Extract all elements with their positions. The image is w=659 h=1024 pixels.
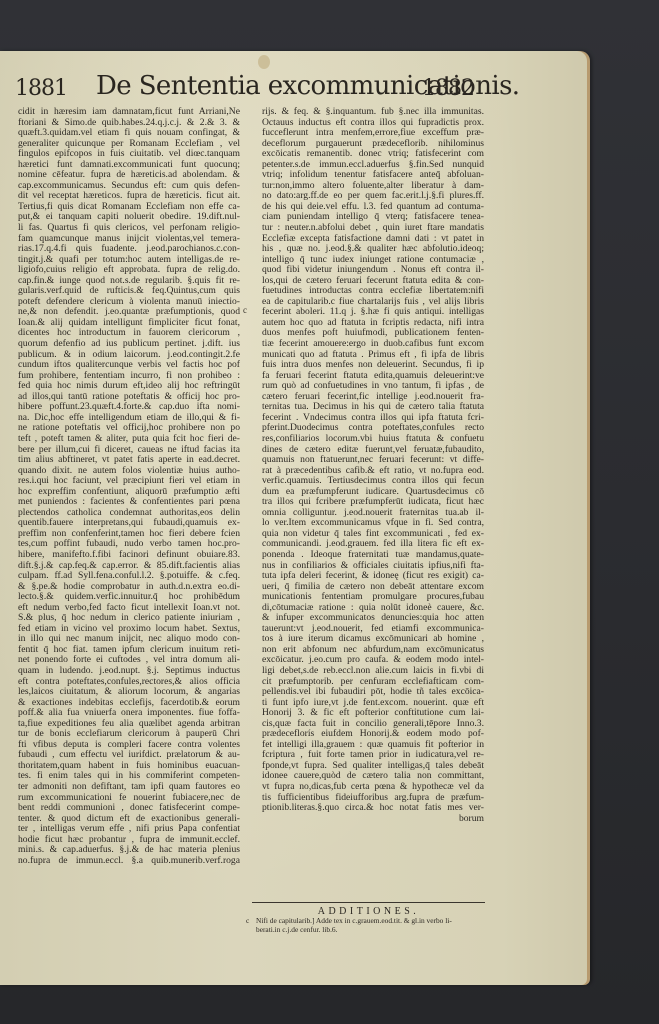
text-line: ponenda . Ideoque fraternitati tuæ manda… [262, 550, 484, 561]
text-line: petenter.s.de immun.eccl.aduerfus §.fin.… [262, 160, 484, 171]
folio-number-left: 1881 [15, 76, 67, 101]
text-line: di,cōtumaciæ ratione : quia nolūt idoneè… [262, 603, 484, 614]
text-line: Tertius,fi quis dicat Romanam Ecclefiam … [18, 202, 240, 213]
text-line-catchword: borum [262, 814, 484, 825]
text-line: nomine cēfeatur. fupra de hæreticis.ad a… [18, 170, 240, 181]
text-line: fum prohibere, fententiam incurro, fi no… [18, 371, 240, 382]
text-line: ti funt ipfo iure,vt j.de fent.excom. no… [262, 698, 484, 709]
text-line: ter , intelligas verum effe , nifi prius… [18, 824, 240, 835]
text-line: tes,cum poffint fubaudi, nudo verbo tame… [18, 539, 240, 550]
footnote-line-1: Nifi de capitularib.] Adde tex in c.grau… [256, 916, 452, 925]
text-line: verfic.quamuis. Tertiusdecimus contra il… [262, 476, 484, 487]
text-line: bent reddi communioni , donec fatisfecer… [18, 803, 240, 814]
text-line: hæretici funt damnati.excommunicati funt… [18, 160, 240, 171]
text-line: fed quia hoc nimis durum eft,ideo alij h… [18, 381, 240, 392]
paper-stain [258, 55, 270, 69]
right-text-column: rijs. & feq. & §.inquantum. fub §.nec il… [262, 107, 484, 824]
text-line: poff.& alia fua vniuerfa onera imponente… [18, 708, 240, 719]
text-line: quamuis non ftatuerunt,nec feruari fecer… [262, 455, 484, 466]
text-line: mini.s. & cap.aduerfus. §.j.& de hac mat… [18, 845, 240, 856]
marginal-note-mark: c [243, 305, 247, 315]
text-line: lo ver.Item excommunicamus vfque in fi. … [262, 518, 484, 529]
text-line: quam in ludendo. j.eod.nupt. §.j. Septim… [18, 666, 240, 677]
text-line: cidit in hæresim iam damnatam,ficut funt… [18, 107, 240, 118]
text-line: excōicatur. j.eo.cum pro caufa. & eodem … [262, 655, 484, 666]
text-line: pellendis.vel ibi fubaudiri pōt, hodie t… [262, 687, 484, 698]
text-line: hodie ficut hæc probantur , fupra de imm… [18, 835, 240, 846]
text-line: thoritatem,quam habent in fuis hominibus… [18, 761, 240, 772]
text-line: ne,& non defendit. j.eo.quantæ præfumpti… [18, 307, 240, 318]
text-line: & infuper excommunicatos denuncies:quia … [262, 613, 484, 624]
text-line: fentit q̄ hoc fiat. tamen ipfum clericum… [18, 645, 240, 656]
text-line: his , quæ no. j.eod.§.& qualiter hæc abf… [262, 244, 484, 255]
text-line: ter admoniti non defiftant, tam ipfi qua… [18, 782, 240, 793]
text-line: & exactiones indebitas ecclefijs, facerd… [18, 698, 240, 709]
text-line: dit vel receptat hæreticos. fupra de hær… [18, 191, 240, 202]
left-text-column: cidit in hæresim iam damnatam,ficut funt… [18, 107, 240, 866]
text-line: pferint.Duodecimus contra poteftates,con… [262, 423, 484, 434]
text-line: met puniendos : facientes & confentiente… [18, 497, 240, 508]
text-line: communicandi. j.eod.grauem. fed illa lit… [262, 539, 484, 550]
text-line: fingulos epifcopos in fuis ciuitatib. ve… [18, 149, 240, 160]
text-line: fecerint aboleri. 11.q j. §.hæ fi quis a… [262, 307, 484, 318]
text-line: na. Dic,hoc effe intelligendum etiam de … [18, 413, 240, 424]
text-line: quod fibi videtur iniungendum . Nonus ef… [262, 265, 484, 276]
text-line: bere per illum,cui fi diceret, caueas ne… [18, 445, 240, 456]
footnote-separator-rule [252, 902, 485, 903]
text-line: Octauus inductus eft contra illos qui fu… [262, 118, 484, 129]
text-line: res,confiliarios locorum.vbi huius ftatu… [262, 434, 484, 445]
footnote-line-2: berati.in c.j.de cenfur. lib.6. [246, 926, 486, 935]
text-line: dicentes hoc introductum in fauorem cler… [18, 328, 240, 339]
text-line: tim alius abftineret, vt patet fatis ape… [18, 455, 240, 466]
text-line: gularis.verf.quid de rufticis.& feq.Quin… [18, 286, 240, 297]
text-line: Honorij 3. & fic eft pofterior conftitut… [262, 708, 484, 719]
text-line: tiæ fecerint amouere:ergo in duob.cafibu… [262, 339, 484, 350]
text-line: deceflorum purgauerunt prædeceflorib. ni… [262, 139, 484, 150]
text-line: vt fupra no,dicas,fub certa pœna & hypot… [262, 782, 484, 793]
text-line: municati quo ad ftatuta . Primus eft , f… [262, 350, 484, 361]
text-line: excōicatis remanentib. donec vtriq; fati… [262, 149, 484, 160]
text-line: fponde,vt fupra. Sed qualiter intelligas… [262, 761, 484, 772]
text-line: plectendos catholica condemnat authorita… [18, 508, 240, 519]
text-line: li fas. Quartus fi quis clericos, vel pe… [18, 223, 240, 234]
text-line: nus in confiliarios & officiales ciuitat… [262, 561, 484, 572]
text-line: ciam puniendam intelligo q̄ vterq; fatis… [262, 212, 484, 223]
text-line: fet intelligi illa,grauem : quæ quamuis … [262, 740, 484, 751]
text-line: vtriq; infolidum tenentur fatisfacere an… [262, 170, 484, 181]
text-line: rum quò ad confuetudines in vno tantum, … [262, 381, 484, 392]
text-line: hoc expreffim confentiunt, aliquorū præf… [18, 487, 240, 498]
text-line: les,laicos ciuitatum, & aliorum locorum,… [18, 687, 240, 698]
text-line: ea de capitularib.c fiue chartalarijs fu… [262, 297, 484, 308]
text-line: no.fupra de immun.eccl. §.a quib.munerib… [18, 856, 240, 867]
text-line: dift.§.j.& cap.feq.& cap.error. & 85.dif… [18, 561, 240, 572]
text-line: dum ea præfumpferunt iudicare. Quartusde… [262, 487, 484, 498]
text-line: cis,quæ facta fuit in concilio generali,… [262, 719, 484, 730]
text-line: Ecclefiæ excepta fatisfactione damni dat… [262, 234, 484, 245]
text-line: hibere poffunt.23.quæft.4.forte.& cap.du… [18, 402, 240, 413]
text-line: tuta ipfa deleri fecerint, & idoneę (fic… [262, 571, 484, 582]
text-line: ligi debet,s.de reb.eccl.non alie.cum la… [262, 666, 484, 677]
text-line: omnia colliguntur. j.eod.nouerit fratern… [262, 508, 484, 519]
book-page: 1881 De Sententia excommunicationis. 188… [0, 51, 590, 985]
additiones-note: cNifi de capitularib.] Adde tex in c.gra… [246, 917, 486, 934]
text-line: ne ratione poteftatis vel officij,hoc pr… [18, 423, 240, 434]
text-line: ternitas tua. Decimus in his qui de cæte… [262, 402, 484, 413]
text-line: publicum. & in odium laicorum. j.eod.con… [18, 350, 240, 361]
text-line: tingit.j.& quafi per totum:hoc autem int… [18, 255, 240, 266]
page-header: 1881 De Sententia excommunicationis. 188… [0, 71, 490, 107]
text-line: generaliter quicunque per Romanam Ecclef… [18, 139, 240, 150]
text-line: cundum iftos qualitercunque verbis vel f… [18, 360, 240, 371]
text-line: cætero feruari fecerint,fic intellige j.… [262, 392, 484, 403]
text-line: eft nedum verbo,fed facto ficut intellex… [18, 603, 240, 614]
text-line: S.& plus, q̄ hoc nedum in clerico patien… [18, 613, 240, 624]
folio-number-right: 1882 [422, 76, 474, 101]
text-line: non erit abfonum nec abfurdum,nam excōmu… [262, 645, 484, 656]
text-line: tauerunt:vt j.eod.nouerit, fed etiamfi e… [262, 624, 484, 635]
text-line: fuis intra duos menfes non deleuerint. S… [262, 360, 484, 371]
text-line: fti vfibus deputa is compleri facere con… [18, 740, 240, 751]
text-line: fecerint . Vndecimus contra illos qui ip… [262, 413, 484, 424]
text-line: net ponendo forte ei cuftodes , vel intr… [18, 655, 240, 666]
text-line: fuetudines introductas contra ecclefiæ l… [262, 286, 484, 297]
text-line: autem hoc quo ad ftatuta in fcriptis red… [262, 318, 484, 329]
text-line: quentib.fauere interpretans,qui fubaudi,… [18, 518, 240, 529]
text-line: no dato:arg.ff.de eo per quem fac.erit.l… [262, 191, 484, 202]
text-line: fubaudi , cum effectu vel iurifdict. præ… [18, 750, 240, 761]
text-line: put,& ei tanquam capiti noluerit obedire… [18, 212, 240, 223]
text-line: los,qui de cætero feruari fecerunt ftatu… [262, 276, 484, 287]
text-line: duos menfes poft huiufmodi, publicatione… [262, 328, 484, 339]
text-line: tur:non,immo altero foluente,alter liber… [262, 181, 484, 192]
text-line: poteft defendere clericum à violenta man… [18, 297, 240, 308]
text-line: rum excommunicationi fe nouerint fubiace… [18, 793, 240, 804]
text-line: rias.17.q.4.fi quis fuadente. j.eod.paro… [18, 244, 240, 255]
text-line: tenter. & quod dictum eft de exactionibu… [18, 814, 240, 825]
text-line: cit præfumptorib. per cenfuram ecclefiaf… [262, 677, 484, 688]
text-line: preffim non confenferint,tamen hoc fieri… [18, 529, 240, 540]
text-line: cap.fin.& iunge quod not.s.de regularib.… [18, 276, 240, 287]
text-line: ftoriani & Simo.de quib.habes.24.q.j.c.j… [18, 118, 240, 129]
text-line: idonee cauere,quòd de cætero talia non c… [262, 771, 484, 782]
text-line: tur : neuter.n.abfolui debet , quin iure… [262, 223, 484, 234]
text-line: hibere, manifefto.f.fibi facinori definu… [18, 550, 240, 561]
text-line: rijs. & feq. & §.inquantum. fub §.nec il… [262, 107, 484, 118]
text-line: ta,fiue expeditiones feu alia quælibet a… [18, 719, 240, 730]
text-line: ptionib.literas.§.quo circa.& hoc notat … [262, 803, 484, 814]
text-line: fucceflerunt intra menfem,errore,fiue ex… [262, 128, 484, 139]
text-line: res.i.qui hoc faciunt, vel præcipiunt fi… [18, 476, 240, 487]
text-line: dines de cætero editæ fuerunt,vel feruat… [262, 445, 484, 456]
text-line: rat à præcedentibus cafib.& eft ratio, v… [262, 466, 484, 477]
text-line: fed etiam in vicino vel proximo locum ha… [18, 624, 240, 635]
text-line: de his qui deie.vel effu. l.3. fed quant… [262, 202, 484, 213]
text-line: intelligo q̄ tunc iudex iniunget ratione… [262, 255, 484, 266]
text-line: Ioan.& alij quidam intelligunt fimplicit… [18, 318, 240, 329]
text-line: teft , poteft tamen & aliter, puta quia … [18, 434, 240, 445]
text-line: tis fufficientibus fideiufforibus arg.fu… [262, 793, 484, 804]
text-line: culpam. ff.ad Syll.fena.conful.l.2. §.po… [18, 571, 240, 582]
text-line: quæft.3.quidam.vel etiam fi quis nouam c… [18, 128, 240, 139]
text-line: tra illos qui fcribere præfumpferūt iudi… [262, 497, 484, 508]
text-line: municationis fententiam promulgare procu… [262, 592, 484, 603]
text-line: eft contra poteftates,confules,rectores,… [18, 677, 240, 688]
text-line: in illo qui nec manum inijcit, nec aliqu… [18, 634, 240, 645]
text-line: prædeceflorís eiufdem Honorij.& eodem mo… [262, 729, 484, 740]
text-line: cap.excommunicamus. Secundus eft: cum qu… [18, 181, 240, 192]
text-line: quorum defenfio ad ius publicum pertinet… [18, 339, 240, 350]
text-line: fa feruari fecerint ftatuta edita,quamui… [262, 371, 484, 382]
text-line: ueri, q̄ fimilia de cætero non debeāt at… [262, 582, 484, 593]
text-line: quando dixit. ne autem folos violentiæ h… [18, 466, 240, 477]
text-line: lecto.§.& quidem.verfic.innuitur.q̄ hoc … [18, 592, 240, 603]
text-line: tos à iure iterum dicamus excōmunicari a… [262, 634, 484, 645]
footnote-mark: c [246, 917, 256, 926]
text-line: tur de bonis ecclefiarum clericorum à pa… [18, 729, 240, 740]
text-line: tes. fi enim tales qui in his commiferin… [18, 771, 240, 782]
text-line: fcriptura , fuit forte tamen prior in iu… [262, 750, 484, 761]
text-line: fam quamcunque manus inijcit violentas,v… [18, 234, 240, 245]
text-line: & §.pe.& hodie comprobatur in auth.d.n.e… [18, 582, 240, 593]
text-line: ad illos,qui tantū ratione poteftatis & … [18, 392, 240, 403]
text-line: quia non videtur q̄ tales fint excommuni… [262, 529, 484, 540]
text-line: ligiofo,cuius religio eft approbata. fup… [18, 265, 240, 276]
